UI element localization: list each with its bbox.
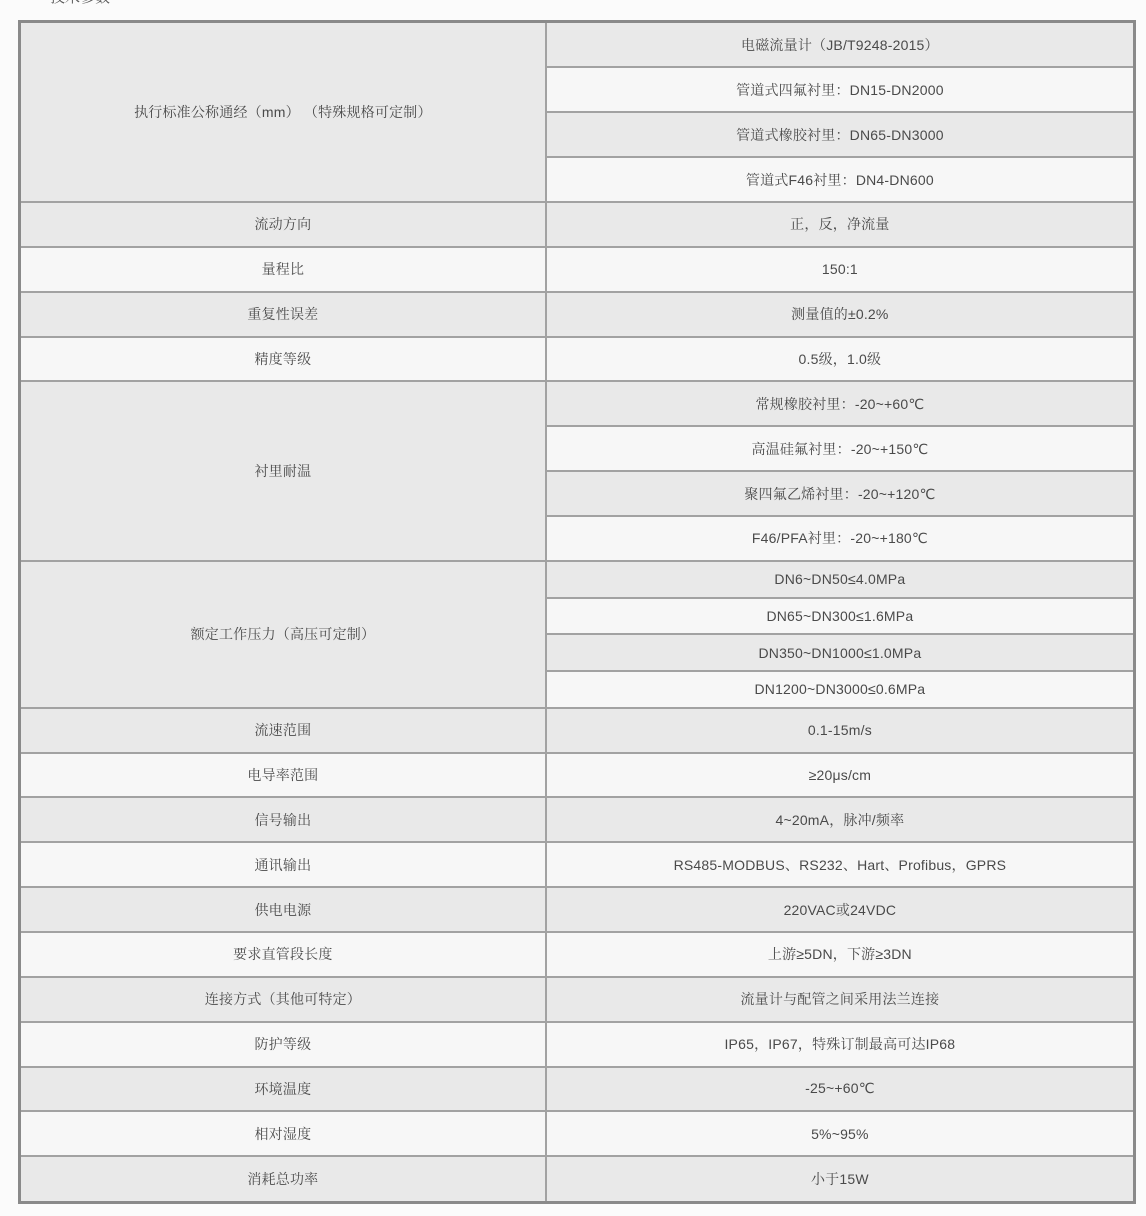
spec-label-cell: 消耗总功率	[20, 1156, 546, 1202]
table-row: 额定工作压力（高压可定制） DN6~DN50≤4.0MPa	[20, 561, 1135, 598]
table-row: 信号输出 4~20mA，脉冲/频率	[20, 797, 1135, 842]
spec-value-cell: 测量值的±0.2%	[546, 292, 1135, 337]
spec-value-cell: 正，反，净流量	[546, 202, 1135, 247]
spec-label-cell: 量程比	[20, 247, 546, 292]
page-title: 技术参数	[50, 0, 110, 6]
spec-label-cell: 额定工作压力（高压可定制）	[20, 561, 546, 708]
table-row: 流速范围 0.1-15m/s	[20, 708, 1135, 753]
table-row: 电导率范围 ≥20μs/cm	[20, 753, 1135, 798]
table-row: 流动方向 正，反，净流量	[20, 202, 1135, 247]
spec-value-cell: DN6~DN50≤4.0MPa	[546, 561, 1135, 598]
spec-value-cell: 小于15W	[546, 1156, 1135, 1202]
table-row: 供电电源 220VAC或24VDC	[20, 887, 1135, 932]
spec-value-cell: 0.1-15m/s	[546, 708, 1135, 753]
table-row: 要求直管段长度 上游≥5DN，下游≥3DN	[20, 932, 1135, 977]
table-row: 防护等级 IP65，IP67，特殊订制最高可达IP68	[20, 1022, 1135, 1067]
spec-label-cell: 流动方向	[20, 202, 546, 247]
spec-value-cell: F46/PFA衬里：-20~+180℃	[546, 516, 1135, 561]
spec-value-cell: ≥20μs/cm	[546, 753, 1135, 798]
spec-value-cell: 4~20mA，脉冲/频率	[546, 797, 1135, 842]
spec-label-cell: 电导率范围	[20, 753, 546, 798]
spec-label-cell: 连接方式（其他可特定）	[20, 977, 546, 1022]
table-row: 连接方式（其他可特定） 流量计与配管之间采用法兰连接	[20, 977, 1135, 1022]
spec-value-cell: 上游≥5DN，下游≥3DN	[546, 932, 1135, 977]
spec-value-cell: 高温硅氟衬里：-20~+150℃	[546, 426, 1135, 471]
spec-value-cell: 220VAC或24VDC	[546, 887, 1135, 932]
spec-label-cell: 通讯输出	[20, 842, 546, 887]
spec-value-cell: RS485-MODBUS、RS232、Hart、Profibus，GPRS	[546, 842, 1135, 887]
table-row: 衬里耐温 常规橡胶衬里：-20~+60℃	[20, 381, 1135, 426]
spec-value-cell: DN65~DN300≤1.6MPa	[546, 598, 1135, 635]
spec-value-cell: IP65，IP67，特殊订制最高可达IP68	[546, 1022, 1135, 1067]
table-row: 重复性误差 测量值的±0.2%	[20, 292, 1135, 337]
spec-label-cell: 流速范围	[20, 708, 546, 753]
table-row: 精度等级 0.5级，1.0级	[20, 337, 1135, 382]
spec-label-cell: 环境温度	[20, 1067, 546, 1112]
spec-value-cell: -25~+60℃	[546, 1067, 1135, 1112]
spec-value-cell: 常规橡胶衬里：-20~+60℃	[546, 381, 1135, 426]
spec-value-cell: 5%~95%	[546, 1111, 1135, 1156]
table-row: 执行标准公称通经（mm） （特殊规格可定制） 电磁流量计（JB/T9248-20…	[20, 22, 1135, 68]
spec-label-cell: 重复性误差	[20, 292, 546, 337]
table-row: 通讯输出 RS485-MODBUS、RS232、Hart、Profibus，GP…	[20, 842, 1135, 887]
spec-value-cell: 聚四氟乙烯衬里：-20~+120℃	[546, 471, 1135, 516]
table-row: 量程比 150:1	[20, 247, 1135, 292]
spec-value-cell: DN350~DN1000≤1.0MPa	[546, 634, 1135, 671]
spec-label-cell: 衬里耐温	[20, 381, 546, 560]
table-row: 相对湿度 5%~95%	[20, 1111, 1135, 1156]
spec-label-cell: 精度等级	[20, 337, 546, 382]
spec-label-cell: 相对湿度	[20, 1111, 546, 1156]
spec-value-cell: DN1200~DN3000≤0.6MPa	[546, 671, 1135, 708]
spec-value-cell: 流量计与配管之间采用法兰连接	[546, 977, 1135, 1022]
spec-label-cell: 要求直管段长度	[20, 932, 546, 977]
spec-table: 执行标准公称通经（mm） （特殊规格可定制） 电磁流量计（JB/T9248-20…	[18, 20, 1136, 1204]
table-row: 环境温度 -25~+60℃	[20, 1067, 1135, 1112]
spec-label-cell: 防护等级	[20, 1022, 546, 1067]
spec-value-cell: 150:1	[546, 247, 1135, 292]
spec-label-cell: 执行标准公称通经（mm） （特殊规格可定制）	[20, 22, 546, 202]
spec-label-cell: 供电电源	[20, 887, 546, 932]
spec-label-cell: 信号输出	[20, 797, 546, 842]
spec-value-cell: 电磁流量计（JB/T9248-2015）	[546, 22, 1135, 68]
table-row: 消耗总功率 小于15W	[20, 1156, 1135, 1202]
spec-value-cell: 0.5级，1.0级	[546, 337, 1135, 382]
spec-value-cell: 管道式四氟衬里：DN15-DN2000	[546, 67, 1135, 112]
spec-value-cell: 管道式橡胶衬里：DN65-DN3000	[546, 112, 1135, 157]
spec-value-cell: 管道式F46衬里：DN4-DN600	[546, 157, 1135, 202]
